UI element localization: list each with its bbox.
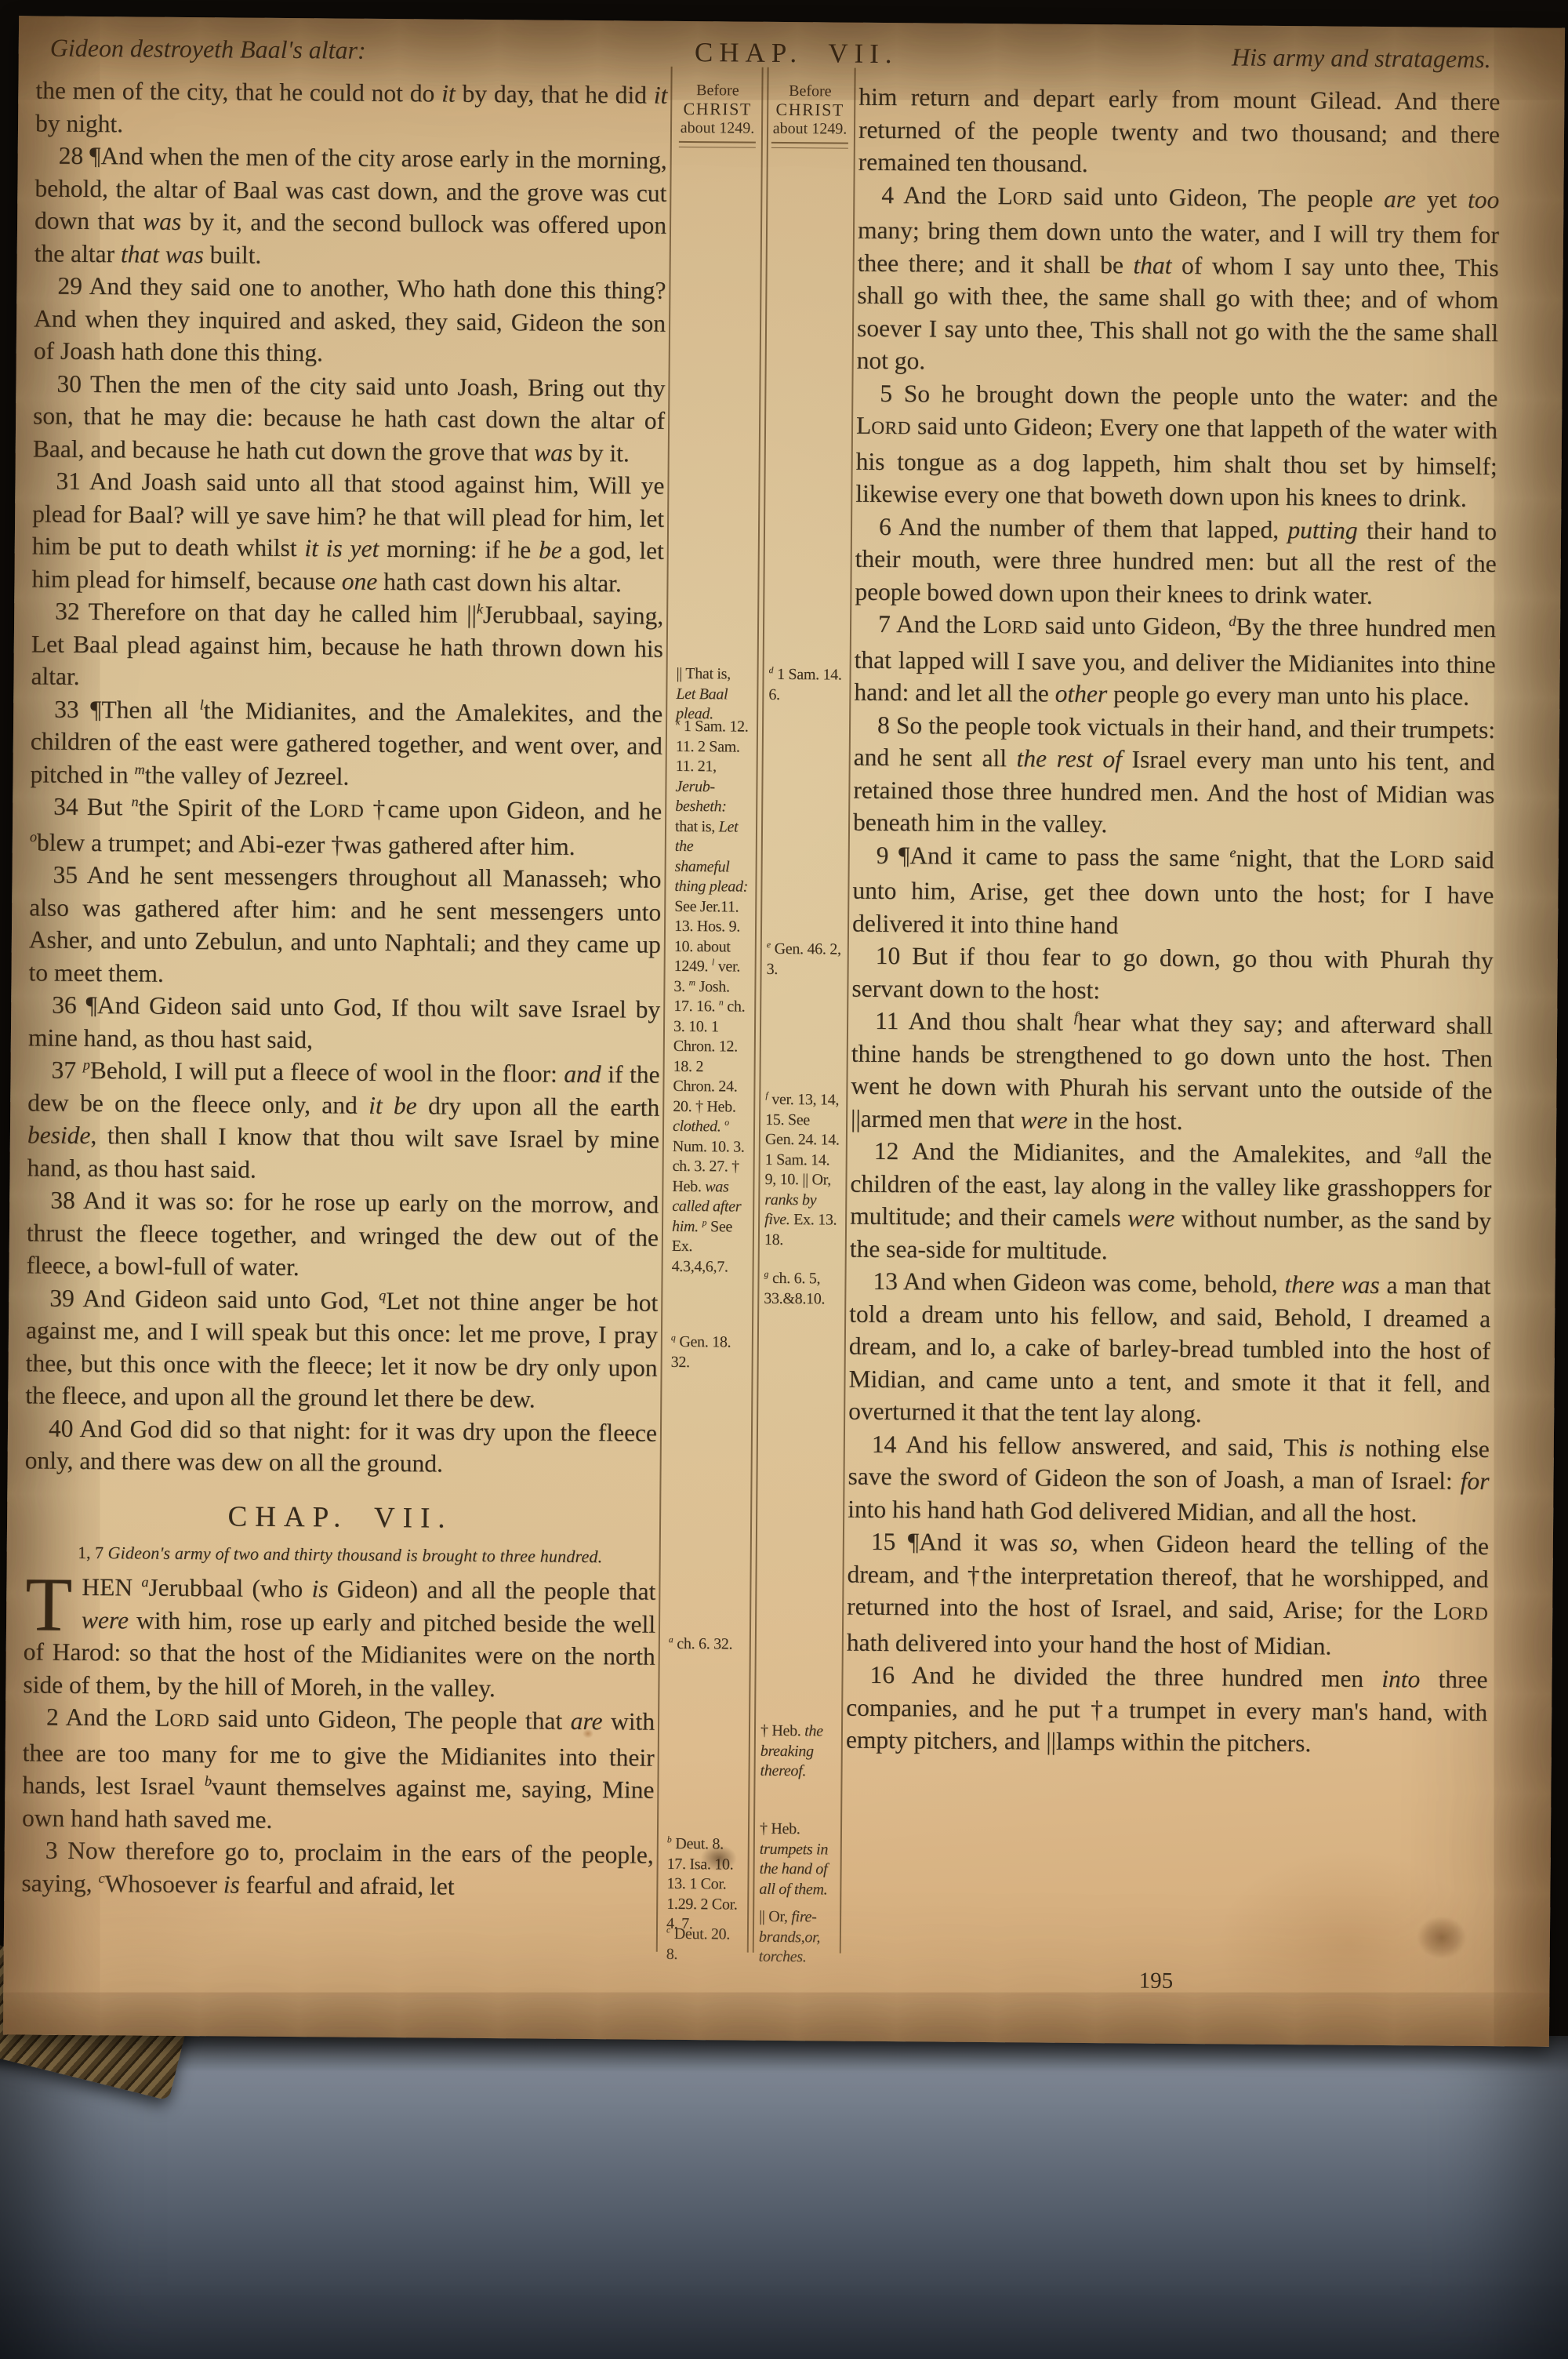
verse-paragraph: the men of the city, that he could not d…	[35, 74, 668, 144]
verse-paragraph: 33 ¶Then all lthe Midianites, and the Am…	[30, 692, 662, 795]
verse-paragraph: 15 ¶And it was so, when Gideon heard the…	[847, 1525, 1489, 1663]
verse-paragraph: 36 ¶And Gideon said unto God, If thou wi…	[28, 988, 661, 1058]
margin-note: d 1 Sam. 14. 6.	[768, 665, 844, 706]
verse-paragraph: 13 And when Gideon was come, behold, the…	[848, 1265, 1491, 1433]
margin-reference-column-right: Before CHRIST about 1249. d 1 Sam. 14. 6…	[754, 22, 851, 2030]
margin-note: f ver. 13, 14, 15. See Gen. 24. 14. 1 Sa…	[764, 1090, 841, 1251]
verse-paragraph: 29 And they said one to another, Who hat…	[34, 269, 666, 372]
verse-paragraph: 5 So he brought down the people unto the…	[855, 376, 1497, 514]
verse-paragraph: THEN aJerubbaal (who is Gideon) and all …	[23, 1570, 655, 1705]
verse-paragraph: 40 And God did so that night: for it was…	[25, 1412, 658, 1481]
verse-paragraph: 37 pBehold, I will put a fleece of wool …	[27, 1053, 659, 1188]
before-christ-line: about 1249.	[677, 118, 758, 138]
bible-page: Gideon destroyeth Baal's altar: CHAP. VI…	[3, 16, 1565, 2046]
chapter-heading: CHAP. VII.	[24, 1499, 656, 1536]
margin-note: e Gen. 46. 2, 3.	[767, 940, 842, 980]
chapter-summary: 1, 7 Gideon's army of two and thirty tho…	[24, 1540, 656, 1568]
page-number: 195	[1069, 1968, 1242, 1995]
table-surface	[0, 2036, 1568, 2359]
verse-paragraph: 38 And it was so: for he rose up early o…	[26, 1183, 659, 1286]
margin-note: a ch. 6. 32.	[669, 1634, 744, 1655]
verse-paragraph: 9 ¶And it came to pass the same enight, …	[852, 838, 1494, 944]
margin-note: c Deut. 20. 8.	[666, 1925, 742, 1965]
verse-paragraph: 39 And Gideon said unto God, qLet not th…	[25, 1281, 658, 1416]
before-christ-line: Before	[677, 81, 758, 100]
verse-paragraph: 3 Now therefore go to, proclaim in the e…	[21, 1834, 654, 1903]
verse-paragraph: 12 And the Midianites, and the Amalekite…	[850, 1135, 1492, 1270]
verse-paragraph: 10 But if thou fear to go down, go thou …	[851, 940, 1494, 1009]
verse-paragraph: 11 And thou shalt fhear what they say; a…	[851, 1005, 1493, 1140]
verse-paragraph: 35 And he sent messengers throughout all…	[28, 858, 661, 993]
verse-paragraph: 4 And the Lord said unto Gideon, The peo…	[857, 178, 1500, 381]
before-christ-line: CHRIST	[769, 100, 851, 120]
margin-note: q Gen. 18. 32.	[671, 1332, 746, 1373]
before-christ-line: Before	[769, 82, 851, 101]
drop-cap: T	[24, 1570, 82, 1635]
margin-reference-column-left: Before CHRIST about 1249. || That is, Le…	[662, 21, 759, 2030]
right-text-column: him return and depart early from mount G…	[846, 81, 1501, 1761]
margin-note: † Heb. trumpets in the hand of all of th…	[759, 1819, 835, 1900]
margin-note: || Or, fire-brands,or, torches.	[759, 1907, 835, 1968]
verse-paragraph: 32 Therefore on that day he called him |…	[31, 594, 663, 697]
verse-paragraph: 6 And the number of them that lapped, pu…	[855, 510, 1497, 612]
margin-note: g ch. 6. 5, 33.&8.10.	[764, 1269, 839, 1310]
before-christ-line: CHRIST	[677, 100, 758, 119]
margin-note: k 1 Sam. 12. 11. 2 Sam. 11. 21, Jerub-be…	[672, 717, 752, 1278]
verse-paragraph: 34 But nthe Spirit of the Lord †came upo…	[30, 790, 662, 863]
verse-paragraph: 16 And he divided the three hundred men …	[846, 1659, 1488, 1761]
double-rule	[771, 142, 848, 149]
left-text-column: the men of the city, that he could not d…	[21, 74, 667, 1903]
before-christ-header: Before CHRIST about 1249.	[677, 81, 759, 148]
verse-paragraph: him return and depart early from mount G…	[858, 81, 1501, 184]
margin-note: b Deut. 8. 17. Isa. 10. 13. 1 Cor. 1.29.…	[666, 1834, 742, 1935]
before-christ-header: Before CHRIST about 1249.	[769, 82, 851, 149]
running-header-right: His army and stratagems.	[1232, 42, 1491, 74]
photo-of-bible-page: { "header": { "left": "Gideon destroyeth…	[0, 0, 1568, 2359]
margin-note: || That is, Let Baal plead.	[676, 664, 752, 725]
verse-paragraph: 8 So the people took victuals in their h…	[853, 708, 1495, 843]
verse-paragraph: 31 And Joash said unto all that stood ag…	[31, 464, 664, 599]
paper-stain	[1407, 1907, 1477, 1968]
verse-paragraph: 14 And his fellow answered, and said, Th…	[848, 1427, 1490, 1530]
running-header-left: Gideon destroyeth Baal's altar:	[50, 34, 366, 65]
margin-note: † Heb. the breaking thereof.	[760, 1721, 836, 1782]
verse-paragraph: 30 Then the men of the city said unto Jo…	[33, 367, 666, 470]
verse-paragraph: 28 ¶And when the men of the city arose e…	[34, 139, 667, 274]
double-rule	[679, 141, 756, 148]
before-christ-line: about 1249.	[769, 119, 851, 139]
verse-paragraph: 2 And the Lord said unto Gideon, The peo…	[22, 1700, 655, 1838]
verse-paragraph: 7 And the Lord said unto Gideon, dBy the…	[854, 608, 1496, 714]
